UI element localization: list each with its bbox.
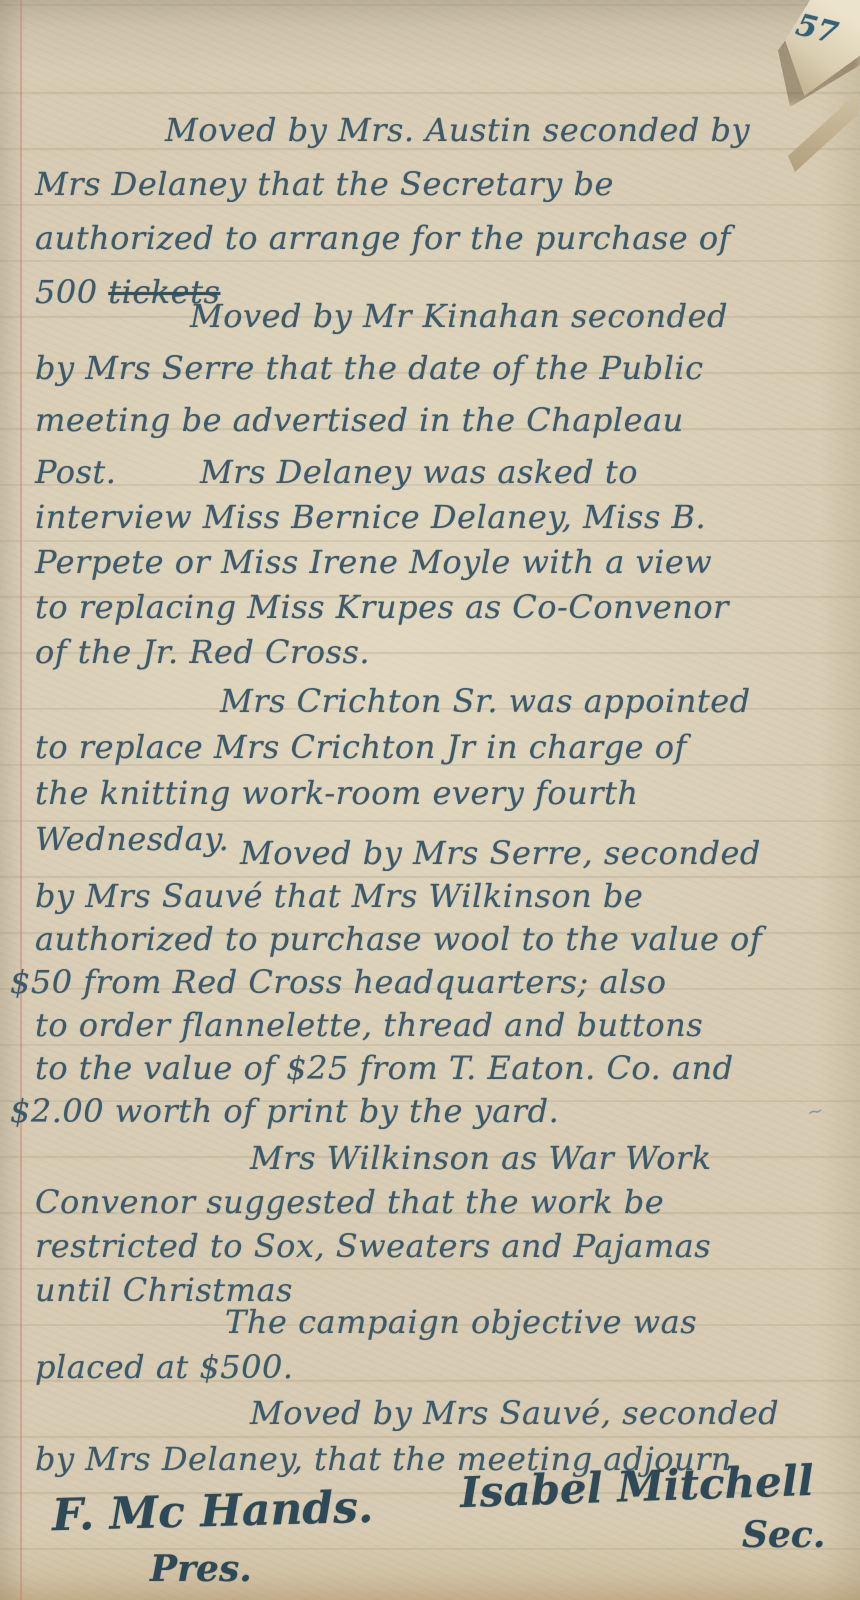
minutes-line: Perpete or Miss Irene Moyle with a view	[35, 540, 835, 585]
minutes-line: by Mrs Sauvé that Mrs Wilkinson be	[35, 875, 835, 918]
minutes-line: meeting be advertised in the Chapleau	[35, 394, 835, 446]
minutes-line: the knitting work-room every fourth	[35, 770, 835, 816]
president-signature: F. Mc Hands.	[51, 1482, 373, 1541]
minutes-paragraph-3: Mrs Delaney was asked to interview Miss …	[35, 450, 835, 675]
minutes-line: Moved by Mrs Sauvé, seconded	[35, 1390, 835, 1436]
minutes-line: Moved by Mr Kinahan seconded	[35, 290, 835, 342]
minutes-paragraph-6: Mrs Wilkinson as War Work Convenor sugge…	[35, 1136, 835, 1312]
minutes-line: of the Jr. Red Cross.	[35, 630, 835, 675]
minutes-line: authorized to purchase wool to the value…	[35, 918, 835, 961]
minutes-line: Mrs Delaney was asked to	[35, 450, 835, 495]
minutes-line: Mrs Crichton Sr. was appointed	[35, 678, 835, 724]
minutes-line: interview Miss Bernice Delaney, Miss B.	[35, 495, 835, 540]
minutes-line: placed at $500.	[35, 1345, 835, 1390]
minutes-line: restricted to Sox, Sweaters and Pajamas	[35, 1224, 835, 1268]
minutes-line: $2.00 worth of print by the yard.	[10, 1090, 835, 1133]
minutes-paragraph-1: Moved by Mrs. Austin seconded by Mrs Del…	[35, 103, 835, 319]
minutes-line: Moved by Mrs. Austin seconded by	[35, 103, 835, 157]
minutes-line: to replacing Miss Krupes as Co-Convenor	[35, 585, 835, 630]
minutes-line: to order flannelette, thread and buttons	[35, 1004, 835, 1047]
minutes-line: to the value of $25 from T. Eaton. Co. a…	[35, 1047, 835, 1090]
minutes-paragraph-5: Moved by Mrs Serre, seconded by Mrs Sauv…	[35, 832, 835, 1133]
president-title: Pres.	[150, 1548, 252, 1590]
minutes-line: by Mrs Serre that the date of the Public	[35, 342, 835, 394]
minutes-line: Mrs Wilkinson as War Work	[35, 1136, 835, 1180]
minutes-line: Convenor suggested that the work be	[35, 1180, 835, 1224]
minutes-line: Moved by Mrs Serre, seconded	[35, 832, 835, 875]
red-margin-line	[20, 0, 22, 1600]
minutes-page: 57 Moved by Mrs. Austin seconded by Mrs …	[0, 0, 860, 1600]
minutes-line: $50 from Red Cross headquarters; also	[10, 961, 835, 1004]
secretary-title: Sec.	[742, 1514, 825, 1556]
minutes-line: to replace Mrs Crichton Jr in charge of	[35, 724, 835, 770]
minutes-line: Mrs Delaney that the Secretary be	[35, 157, 835, 211]
minutes-line: The campaign objective was	[35, 1300, 835, 1345]
minutes-paragraph-7: The campaign objective was placed at $50…	[35, 1300, 835, 1390]
minutes-line: authorized to arrange for the purchase o…	[35, 211, 835, 265]
